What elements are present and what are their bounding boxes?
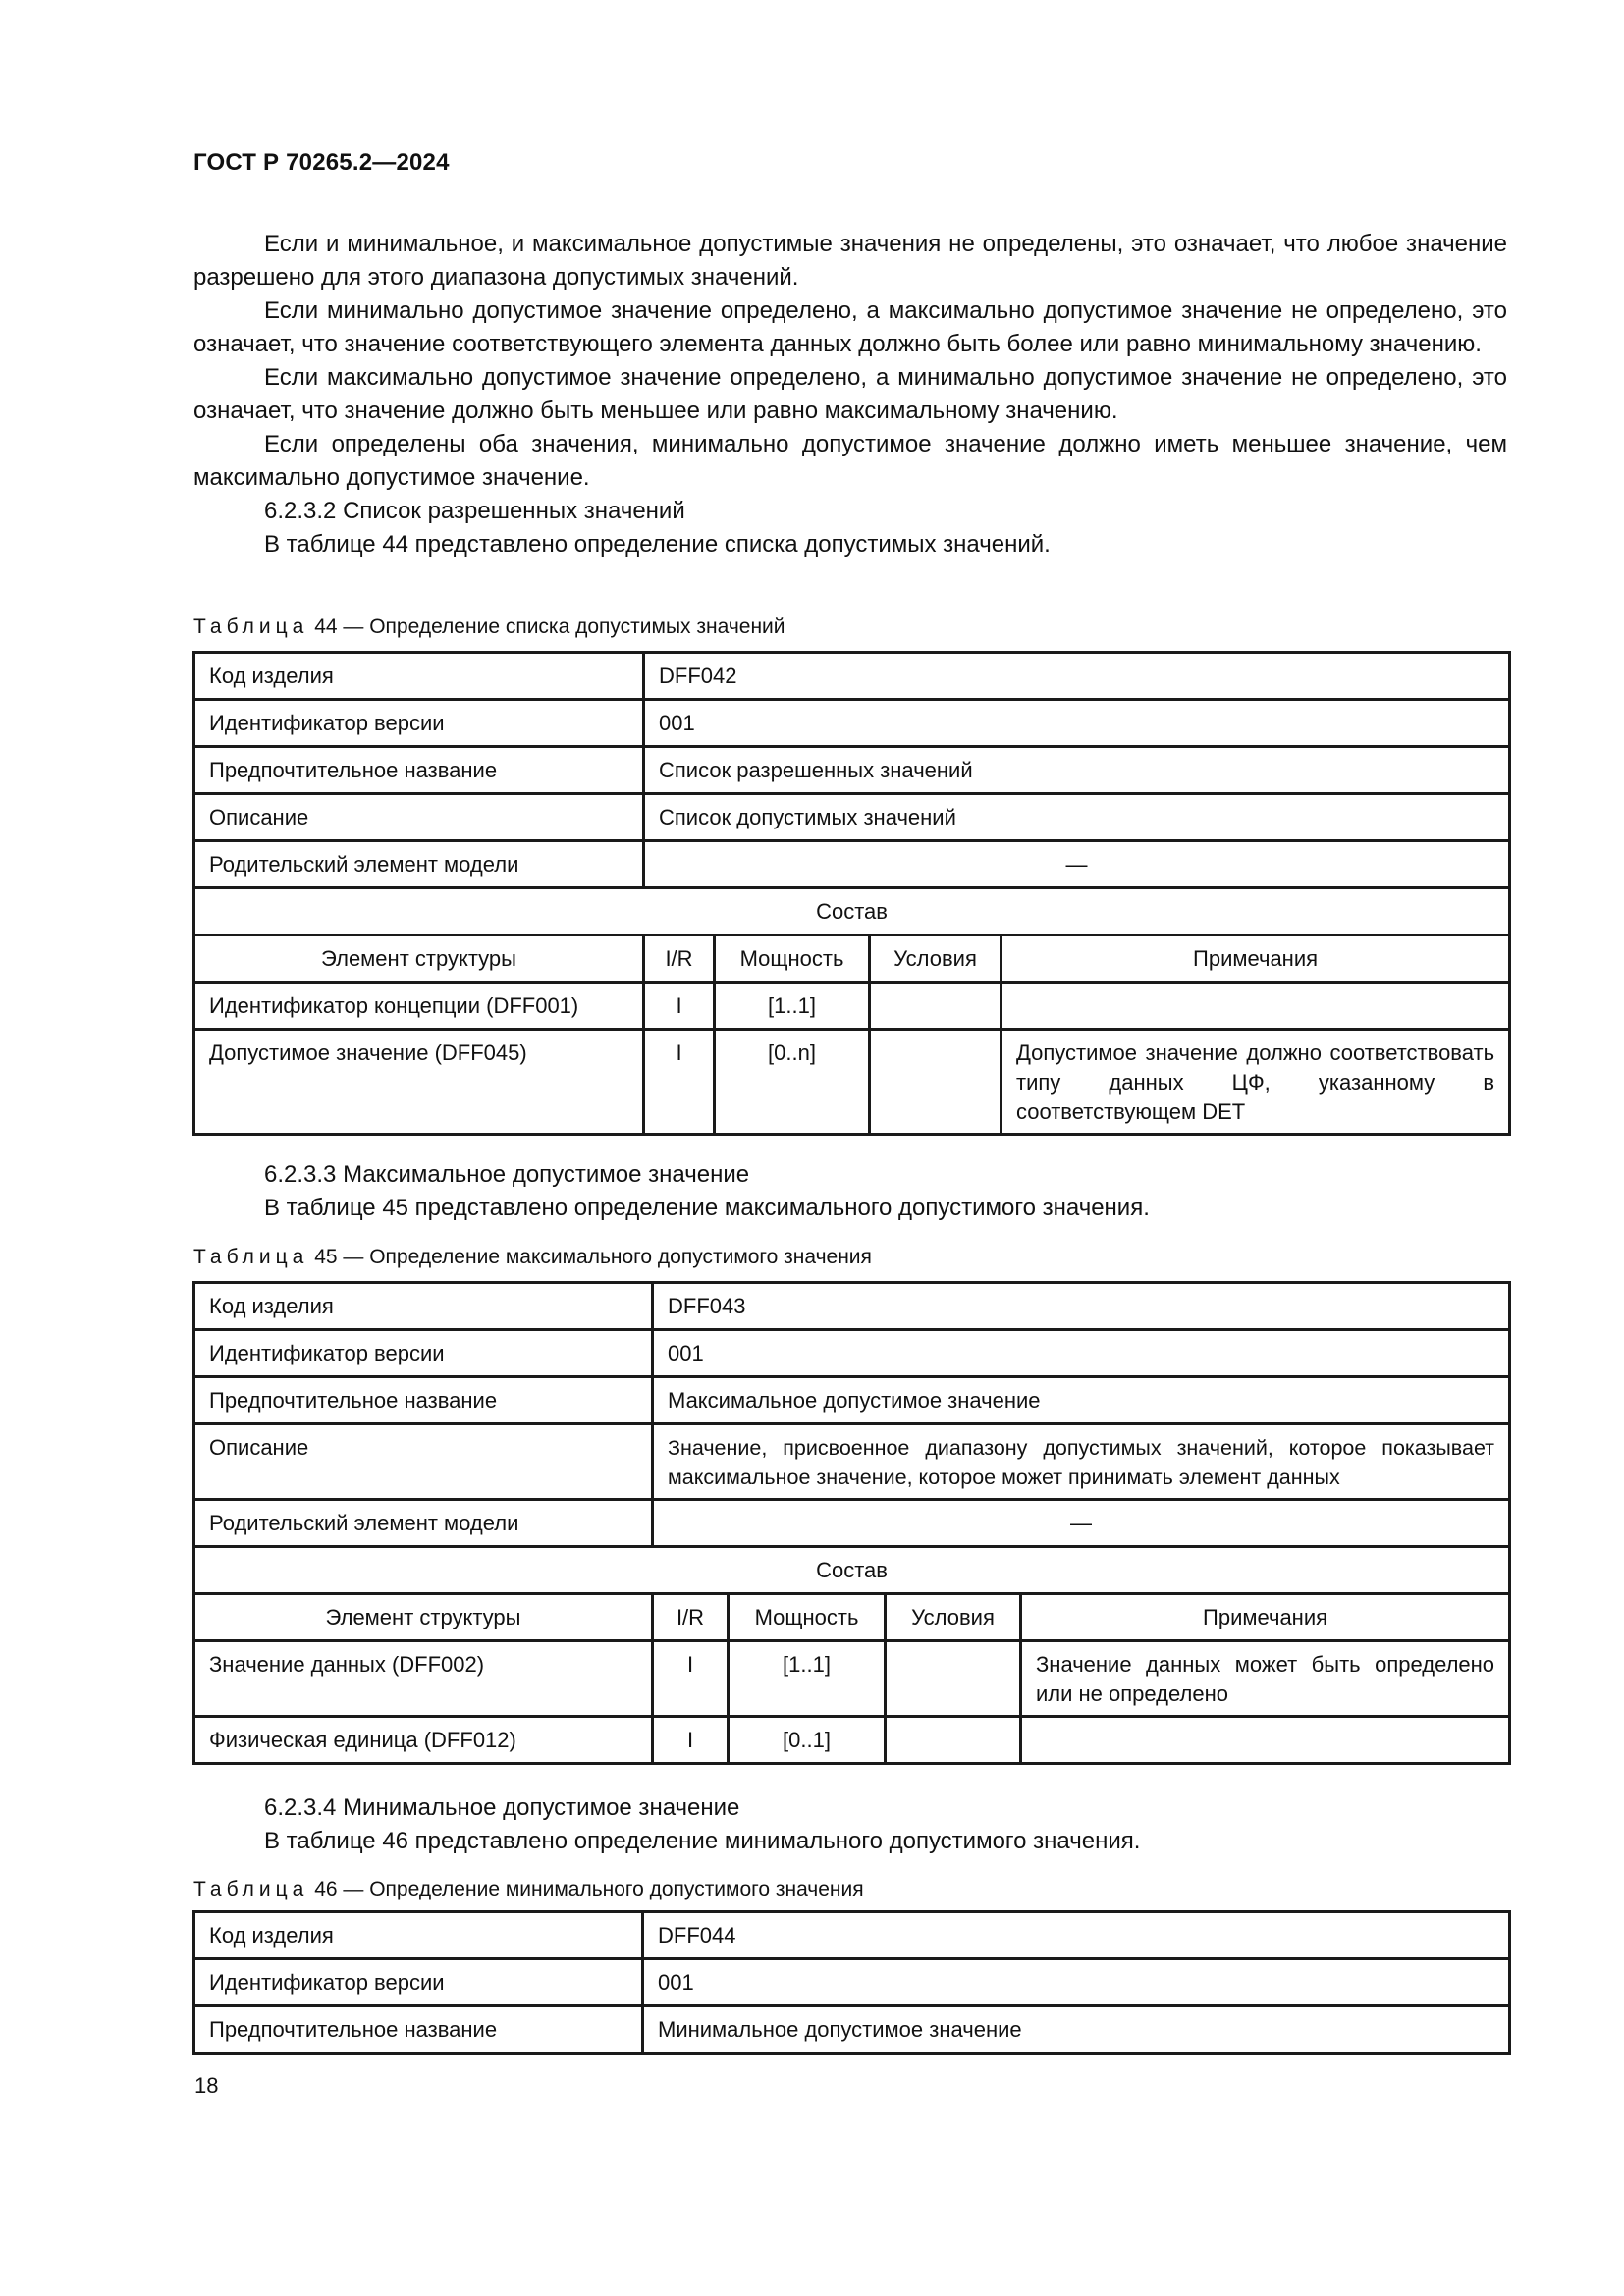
ir-value: I [653,1717,729,1764]
table-row: Код изделия DFF044 [194,1912,1510,1959]
paragraph: Если и минимальное, и максимальное допус… [193,228,1507,294]
row-label: Родительский элемент модели [194,841,644,888]
table-caption-title: 45 — Определение максимального допустимо… [314,1246,872,1268]
table-row: Описание Список допустимых значений [194,794,1510,841]
table-row: Предпочтительное название Список разреше… [194,747,1510,794]
table-row: Родительский элемент модели — [194,841,1510,888]
row-value: DFF044 [643,1912,1510,1959]
row-label: Код изделия [194,1912,643,1959]
column-header: Элемент структуры [194,935,644,983]
table-row: Предпочтительное название Минимальное до… [194,2006,1510,2054]
row-label: Описание [194,1424,653,1500]
row-label: Идентификатор версии [194,1330,653,1377]
row-value: DFF042 [644,653,1510,700]
row-value: Минимальное допустимое значение [643,2006,1510,2054]
section-6-2-3-3: 6.2.3.3 Максимальное допустимое значение… [193,1158,1507,1225]
composition-title: Состав [194,888,1510,935]
column-header: Примечания [1021,1594,1510,1641]
row-label: Родительский элемент модели [194,1500,653,1547]
paragraph: В таблице 44 представлено определение сп… [193,528,1507,561]
table-row: Идентификатор версии 001 [194,1330,1510,1377]
row-label: Предпочтительное название [194,2006,643,2054]
table-45-caption: Таблица 45 — Определение максимального д… [193,1245,872,1270]
document-id-header: ГОСТ Р 70265.2—2024 [193,149,450,177]
table-row: Родительский элемент модели — [194,1500,1510,1547]
table-row: Идентификатор версии 001 [194,700,1510,747]
table-caption-title: 44 — Определение списка допустимых значе… [314,615,785,638]
row-value: Список допустимых значений [644,794,1510,841]
table-row: Описание Значение, присвоенное диапазону… [194,1424,1510,1500]
table-row: Идентификатор концепции (DFF001) I [1..1… [194,983,1510,1030]
intro-text: Если и минимальное, и максимальное допус… [193,228,1507,561]
composition-title-row: Состав [194,1547,1510,1594]
structure-element: Допустимое значение (DFF045) [194,1030,644,1135]
column-header: I/R [653,1594,729,1641]
row-value: DFF043 [653,1283,1510,1330]
column-header-row: Элемент структуры I/R Мощность Условия П… [194,1594,1510,1641]
conditions-value [886,1641,1021,1717]
notes-value: Допустимое значение должно соответствова… [1001,1030,1510,1135]
row-label: Идентификатор версии [194,700,644,747]
row-value: 001 [643,1959,1510,2006]
conditions-value [886,1717,1021,1764]
structure-element: Идентификатор концепции (DFF001) [194,983,644,1030]
paragraph: В таблице 45 представлено определение ма… [193,1192,1507,1225]
composition-title: Состав [194,1547,1510,1594]
conditions-value [870,1030,1001,1135]
column-header-row: Элемент структуры I/R Мощность Условия П… [194,935,1510,983]
table-row: Значение данных (DFF002) I [1..1] Значен… [194,1641,1510,1717]
column-header: Мощность [729,1594,886,1641]
ir-value: I [644,983,715,1030]
paragraph: Если максимально допустимое значение опр… [193,361,1507,428]
row-value: Значение, присвоенное диапазону допустим… [653,1424,1510,1500]
table-44-caption: Таблица 44 — Определение списка допустим… [193,614,785,640]
column-header: Примечания [1001,935,1510,983]
paragraph: Если минимально допустимое значение опре… [193,294,1507,361]
row-value: 001 [644,700,1510,747]
conditions-value [870,983,1001,1030]
column-header: Мощность [715,935,870,983]
row-label: Предпочтительное название [194,747,644,794]
page-number: 18 [194,2073,218,2099]
table-row: Код изделия DFF042 [194,653,1510,700]
table-46-caption: Таблица 46 — Определение минимального до… [193,1877,864,1902]
row-label: Предпочтительное название [194,1377,653,1424]
row-label: Идентификатор версии [194,1959,643,2006]
section-heading: 6.2.3.3 Максимальное допустимое значение [193,1158,1507,1192]
notes-value [1001,983,1510,1030]
row-value: Максимальное допустимое значение [653,1377,1510,1424]
column-header: Условия [870,935,1001,983]
composition-title-row: Состав [194,888,1510,935]
row-value: — [644,841,1510,888]
row-label: Код изделия [194,1283,653,1330]
table-row: Допустимое значение (DFF045) I [0..n] До… [194,1030,1510,1135]
table-46: Код изделия DFF044 Идентификатор версии … [192,1910,1511,2055]
table-caption-word: Таблица [193,1878,308,1900]
row-label: Код изделия [194,653,644,700]
cardinality-value: [0..1] [729,1717,886,1764]
table-caption-word: Таблица [193,615,308,638]
column-header: I/R [644,935,715,983]
table-row: Предпочтительное название Максимальное д… [194,1377,1510,1424]
section-6-2-3-4: 6.2.3.4 Минимальное допустимое значение … [193,1791,1507,1858]
structure-element: Значение данных (DFF002) [194,1641,653,1717]
cardinality-value: [0..n] [715,1030,870,1135]
row-value: Список разрешенных значений [644,747,1510,794]
column-header: Условия [886,1594,1021,1641]
table-row: Код изделия DFF043 [194,1283,1510,1330]
notes-value: Значение данных может быть определено ил… [1021,1641,1510,1717]
row-value: 001 [653,1330,1510,1377]
table-caption-title: 46 — Определение минимального допустимог… [314,1878,863,1900]
ir-value: I [653,1641,729,1717]
notes-value [1021,1717,1510,1764]
table-row: Идентификатор версии 001 [194,1959,1510,2006]
ir-value: I [644,1030,715,1135]
table-row: Физическая единица (DFF012) I [0..1] [194,1717,1510,1764]
table-44: Код изделия DFF042 Идентификатор версии … [192,651,1511,1136]
structure-element: Физическая единица (DFF012) [194,1717,653,1764]
paragraph: В таблице 46 представлено определение ми… [193,1825,1507,1858]
row-value: — [653,1500,1510,1547]
column-header: Элемент структуры [194,1594,653,1641]
row-label: Описание [194,794,644,841]
paragraph: Если определены оба значения, минимально… [193,428,1507,495]
cardinality-value: [1..1] [729,1641,886,1717]
table-caption-word: Таблица [193,1246,308,1268]
table-45: Код изделия DFF043 Идентификатор версии … [192,1281,1511,1765]
section-heading-6-2-3-2: 6.2.3.2 Список разрешенных значений [193,495,1507,528]
section-heading: 6.2.3.4 Минимальное допустимое значение [193,1791,1507,1825]
cardinality-value: [1..1] [715,983,870,1030]
